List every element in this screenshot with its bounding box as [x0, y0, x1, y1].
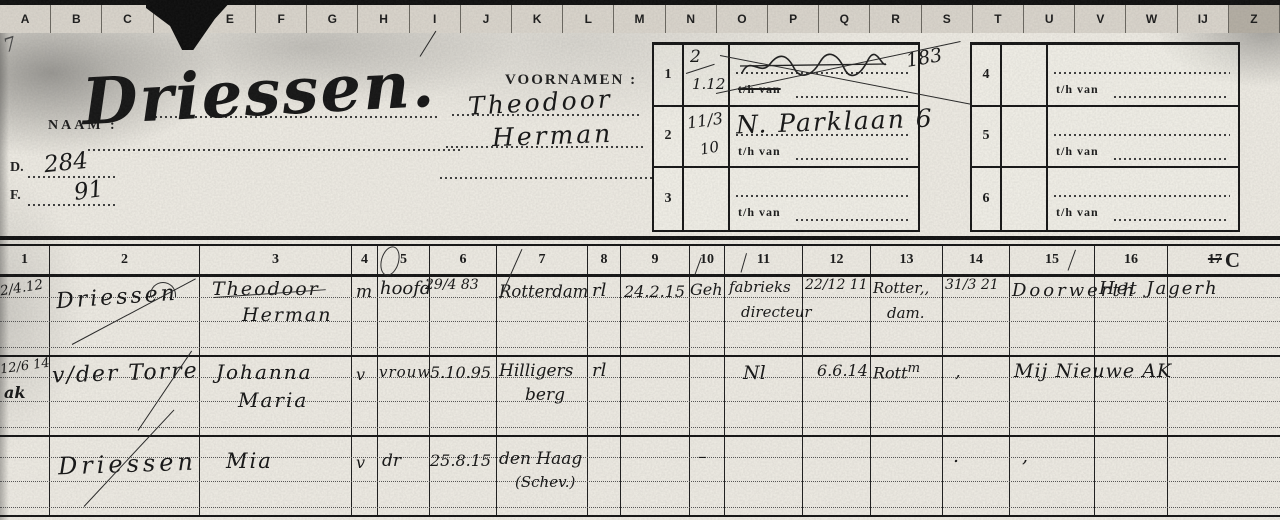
registration-date-top: 2: [690, 47, 701, 67]
registration-number: 1: [654, 45, 684, 105]
column-header-17-amended: 17 C: [1168, 246, 1280, 274]
guide-line: [0, 347, 1280, 348]
hw-text: directeur: [741, 303, 812, 321]
f-number-dotted-line: [28, 204, 116, 206]
th-van-dotted-line: [796, 158, 908, 160]
tab-letter: C: [102, 5, 153, 33]
cell-birthdate: 5.10.95: [430, 357, 497, 435]
hw-text: 6.6.14: [817, 361, 868, 380]
cell-nationality: [725, 437, 803, 515]
address-dotted-line: [736, 195, 910, 197]
tab-letter: V: [1075, 5, 1126, 33]
cell-departure-date: ,: [943, 357, 1010, 435]
cell-birthplace: Rotterdam: [497, 277, 588, 355]
tab-letter: J: [461, 5, 512, 33]
corner-pen-mark: 7: [1, 33, 19, 58]
registration-address-cell: N. Parklaan 6 t/h van: [730, 107, 918, 167]
address-dotted-line: [1054, 195, 1230, 197]
cell-departure-date: 31/3 21: [943, 277, 1010, 355]
cell-departure-place: Doorwerth: [1010, 277, 1095, 355]
th-van-dotted-line: [1114, 158, 1228, 160]
cell-religion: [588, 437, 621, 515]
tab-letter: A: [0, 5, 51, 33]
registration-number: 5: [972, 107, 1002, 167]
address-dotted-line: [1054, 72, 1230, 74]
cell-surname: Driessen: [50, 437, 200, 515]
cell-arrival-place: Rotter,, dam.: [871, 277, 943, 355]
tab-letter: P: [768, 5, 819, 33]
registration-row-1: 1 2 1.12 183 t/h van: [654, 45, 918, 107]
tab-letter: B: [51, 5, 102, 33]
column-header: 14: [943, 246, 1010, 274]
th-van-dotted-line: [796, 219, 908, 221]
cell-arrival-place: [871, 437, 943, 515]
registration-date-cell: [1002, 168, 1048, 230]
naam-handwritten-value: Driessen.: [80, 47, 437, 140]
tab-letter: Z: [1229, 5, 1280, 33]
hw-text: ,: [1022, 445, 1028, 467]
registration-date-cell: [1002, 107, 1048, 167]
th-van-dotted-line: [796, 96, 908, 98]
guide-line: [0, 427, 1280, 428]
registration-row-2: 2 11/3 10 N. Parklaan 6 t/h van: [654, 107, 918, 169]
cell-relation: hoofd: [378, 277, 430, 355]
cell-marriage-date: [621, 357, 690, 435]
hw-text: 5.10.95: [430, 363, 491, 382]
registration-address-cell: 183 t/h van: [730, 45, 918, 105]
column-header: 6: [430, 246, 497, 274]
hw-text: Mia: [226, 449, 273, 473]
registration-number: 2: [654, 107, 684, 167]
cell-relation: dr: [378, 437, 430, 515]
cell-sex: m: [352, 277, 378, 355]
register-table: 1 2 3 4 5 6 7 8 9 10 11 12 13 14 15 16 1…: [0, 244, 1280, 517]
cell-firstnames: Mia: [200, 437, 352, 515]
cell-status: –: [690, 437, 725, 515]
cell-arrival-date: [803, 437, 871, 515]
column-header: 11: [725, 246, 803, 274]
tab-letter: W: [1126, 5, 1177, 33]
registration-row-5: 5 t/h van: [972, 107, 1238, 169]
cell-departure-address: [1095, 437, 1168, 515]
hw-text: 29/4 83: [425, 277, 479, 293]
hw-text: v: [356, 453, 365, 472]
column-header: 16: [1095, 246, 1168, 274]
hw-text: hoofd: [380, 278, 431, 299]
hw-text: Rottm: [873, 361, 920, 382]
hw-text: dr: [382, 451, 401, 471]
table-row: 12/6 14 ak v/der Torre Johanna Maria v v…: [0, 357, 1280, 437]
hw-text: rl: [592, 280, 606, 301]
hw-text: Rotter,,: [873, 279, 929, 297]
hw-text: ,: [955, 361, 961, 382]
cell-sex: v: [352, 357, 378, 435]
family-registration-card-scan: A B C D E F G H I J K L M N O P Q R S T …: [0, 0, 1280, 520]
hw-text: Rotterdam: [499, 282, 588, 301]
d-number-value: 284: [43, 148, 89, 178]
column-17-new: C: [1225, 248, 1240, 273]
cell-occupation: fabrieks directeur: [725, 277, 803, 355]
crossed-out-street-scribble: [738, 51, 888, 79]
cell-relation: vrouw: [378, 357, 430, 435]
cell-date-entry: 2/4.12: [0, 277, 50, 355]
registration-date-top: 11/3: [686, 108, 724, 132]
tab-letter: I: [410, 5, 461, 33]
registration-block-1-3: 1 2 1.12 183 t/h van 2 1: [652, 42, 920, 232]
tab-letter: N: [666, 5, 717, 33]
hw-text: Het Jagerh: [1099, 278, 1219, 299]
column-17-old: 17: [1208, 252, 1222, 268]
tab-letter: M: [614, 5, 665, 33]
registration-address-cell: t/h van: [1048, 45, 1238, 105]
column-header: 9: [621, 246, 690, 274]
registration-date-bottom: 10: [699, 137, 721, 158]
registration-date-cell: [1002, 45, 1048, 105]
cell-marriage-date: 24.2.15: [621, 277, 690, 355]
column-header: 8: [588, 246, 621, 274]
tab-letter: G: [307, 5, 358, 33]
hw-text: Herman: [242, 304, 332, 326]
column-header: 3: [200, 246, 352, 274]
registration-row-6: 6 t/h van: [972, 168, 1238, 230]
cell-departure-date: .: [943, 437, 1010, 515]
cell-extra: [1168, 437, 1280, 515]
hw-text: .: [953, 445, 959, 467]
column-header: 2: [50, 246, 200, 274]
hw-text: 25.8.15: [430, 451, 491, 470]
hw-text: rl: [592, 360, 606, 381]
hw-text: Mij Nieuwe AK: [1014, 360, 1172, 382]
naam-dotted-line-2: [88, 149, 460, 151]
cell-status: [690, 357, 725, 435]
hw-text: 12/6 14: [0, 356, 51, 378]
registration-number: 4: [972, 45, 1002, 105]
hw-text: v: [356, 365, 365, 384]
table-header-row: 1 2 3 4 5 6 7 8 9 10 11 12 13 14 15 16 1…: [0, 244, 1280, 277]
registration-row-3: 3 t/h van: [654, 168, 918, 230]
registration-block-4-6: 4 t/h van 5 t/h van 6 t/h van: [970, 42, 1240, 232]
voornamen-dotted-line-3: [440, 177, 654, 179]
cell-birthdate: 25.8.15: [430, 437, 497, 515]
address-dotted-line: [1054, 134, 1230, 136]
guide-line: [0, 481, 1280, 482]
tab-letter: F: [256, 5, 307, 33]
d-number-label: D.: [10, 160, 24, 176]
hw-text: vrouw: [379, 363, 431, 381]
tab-letter: IJ: [1178, 5, 1229, 33]
column-header: 7: [497, 246, 588, 274]
hw-text: Maria: [238, 388, 308, 412]
tab-letter: R: [870, 5, 921, 33]
registration-address-cell: t/h van: [1048, 168, 1238, 230]
cell-birthdate: 29/4 83: [430, 277, 497, 355]
table-row: 2/4.12 Driessen Theodoor Herman m hoofd …: [0, 277, 1280, 357]
th-van-dotted-line: [1114, 96, 1228, 98]
guide-line: [0, 507, 1280, 508]
cell-firstnames: Johanna Maria: [200, 357, 352, 435]
cell-marriage-date: [621, 437, 690, 515]
column-header: 15: [1010, 246, 1095, 274]
hw-superscript: m: [908, 361, 921, 376]
hw-text: Johanna: [216, 360, 313, 384]
hw-text: Driessen: [58, 448, 198, 481]
hw-text: 31/3 21: [945, 277, 999, 293]
registration-number: 3: [654, 168, 684, 230]
hw-text: Hilligers: [499, 361, 573, 381]
cell-religion: rl: [588, 277, 621, 355]
th-van-label: t/h van: [738, 205, 781, 220]
column-header: 13: [871, 246, 943, 274]
column-header: 4: [352, 246, 378, 274]
hw-text: ak: [4, 383, 25, 402]
cell-birthplace: den Haag (Schev.): [497, 437, 588, 515]
voornamen-handwritten-2: Herman: [492, 119, 614, 152]
registration-address-cell: t/h van: [730, 168, 918, 230]
tab-letter: U: [1024, 5, 1075, 33]
hw-text: 22/12 11: [805, 277, 868, 293]
hw-text: 2/4.12: [0, 277, 44, 300]
hw-text: Nl: [743, 362, 766, 384]
hw-text: –: [698, 447, 707, 467]
registration-number: 6: [972, 168, 1002, 230]
cell-status: Geh: [690, 277, 725, 355]
guide-line: [0, 401, 1280, 402]
registration-date-cell: [684, 168, 730, 230]
cell-arrival-date: 22/12 11: [803, 277, 871, 355]
f-number-value: 91: [72, 176, 105, 206]
tab-letter: S: [922, 5, 973, 33]
cell-religion: rl: [588, 357, 621, 435]
cell-departure-address: Het Jagerh: [1095, 277, 1168, 355]
f-number-label: F.: [10, 188, 21, 204]
cell-sex: v: [352, 437, 378, 515]
registration-address-cell: t/h van: [1048, 107, 1238, 167]
th-van-label: t/h van: [738, 144, 781, 159]
cell-date-entry: [0, 437, 50, 515]
hw-text: fabrieks: [729, 278, 791, 296]
tab-letter: T: [973, 5, 1024, 33]
hw-text: 24.2.15: [624, 282, 685, 301]
cell-birthplace: Hilligers berg: [497, 357, 588, 435]
tab-letter: Q: [819, 5, 870, 33]
column-header: 12: [803, 246, 871, 274]
tab-letter: L: [563, 5, 614, 33]
hw-text: (Schev.): [515, 473, 575, 491]
tab-letter: H: [358, 5, 409, 33]
cell-arrival-date: 6.6.14: [803, 357, 871, 435]
th-van-label: t/h van: [1056, 205, 1099, 220]
d-number-dotted-line: [28, 176, 116, 178]
cell-departure-place: Mij Nieuwe AK: [1010, 357, 1095, 435]
th-van-label: t/h van: [1056, 144, 1099, 159]
registration-row-4: 4 t/h van: [972, 45, 1238, 107]
registration-date-bottom: 1.12: [692, 75, 725, 93]
hw-text: den Haag: [499, 449, 582, 469]
section-divider-rule: [0, 236, 1280, 240]
cell-arrival-place: Rottm: [871, 357, 943, 435]
cell-nationality: Nl: [725, 357, 803, 435]
cell-date-entry: 12/6 14 ak: [0, 357, 50, 435]
th-van-dotted-line: [1114, 219, 1228, 221]
hw-text: dam.: [887, 304, 925, 322]
column-header: 1: [0, 246, 50, 274]
table-row: Driessen Mia v dr 25.8.15 den Haag (Sche…: [0, 437, 1280, 517]
hw-text: Geh: [690, 280, 723, 299]
registration-date-cell: 11/3 10: [684, 107, 730, 167]
tab-letter: K: [512, 5, 563, 33]
hw-text: m: [356, 282, 372, 302]
cell-departure-place: ,: [1010, 437, 1095, 515]
cell-extra: [1168, 357, 1280, 435]
th-van-label: t/h van: [1056, 82, 1099, 97]
tab-letter: O: [717, 5, 768, 33]
guide-line: [0, 321, 1280, 322]
hw-text: berg: [525, 385, 565, 405]
cell-firstnames: Theodoor Herman: [200, 277, 352, 355]
registration-date-cell: 2 1.12: [684, 45, 730, 105]
